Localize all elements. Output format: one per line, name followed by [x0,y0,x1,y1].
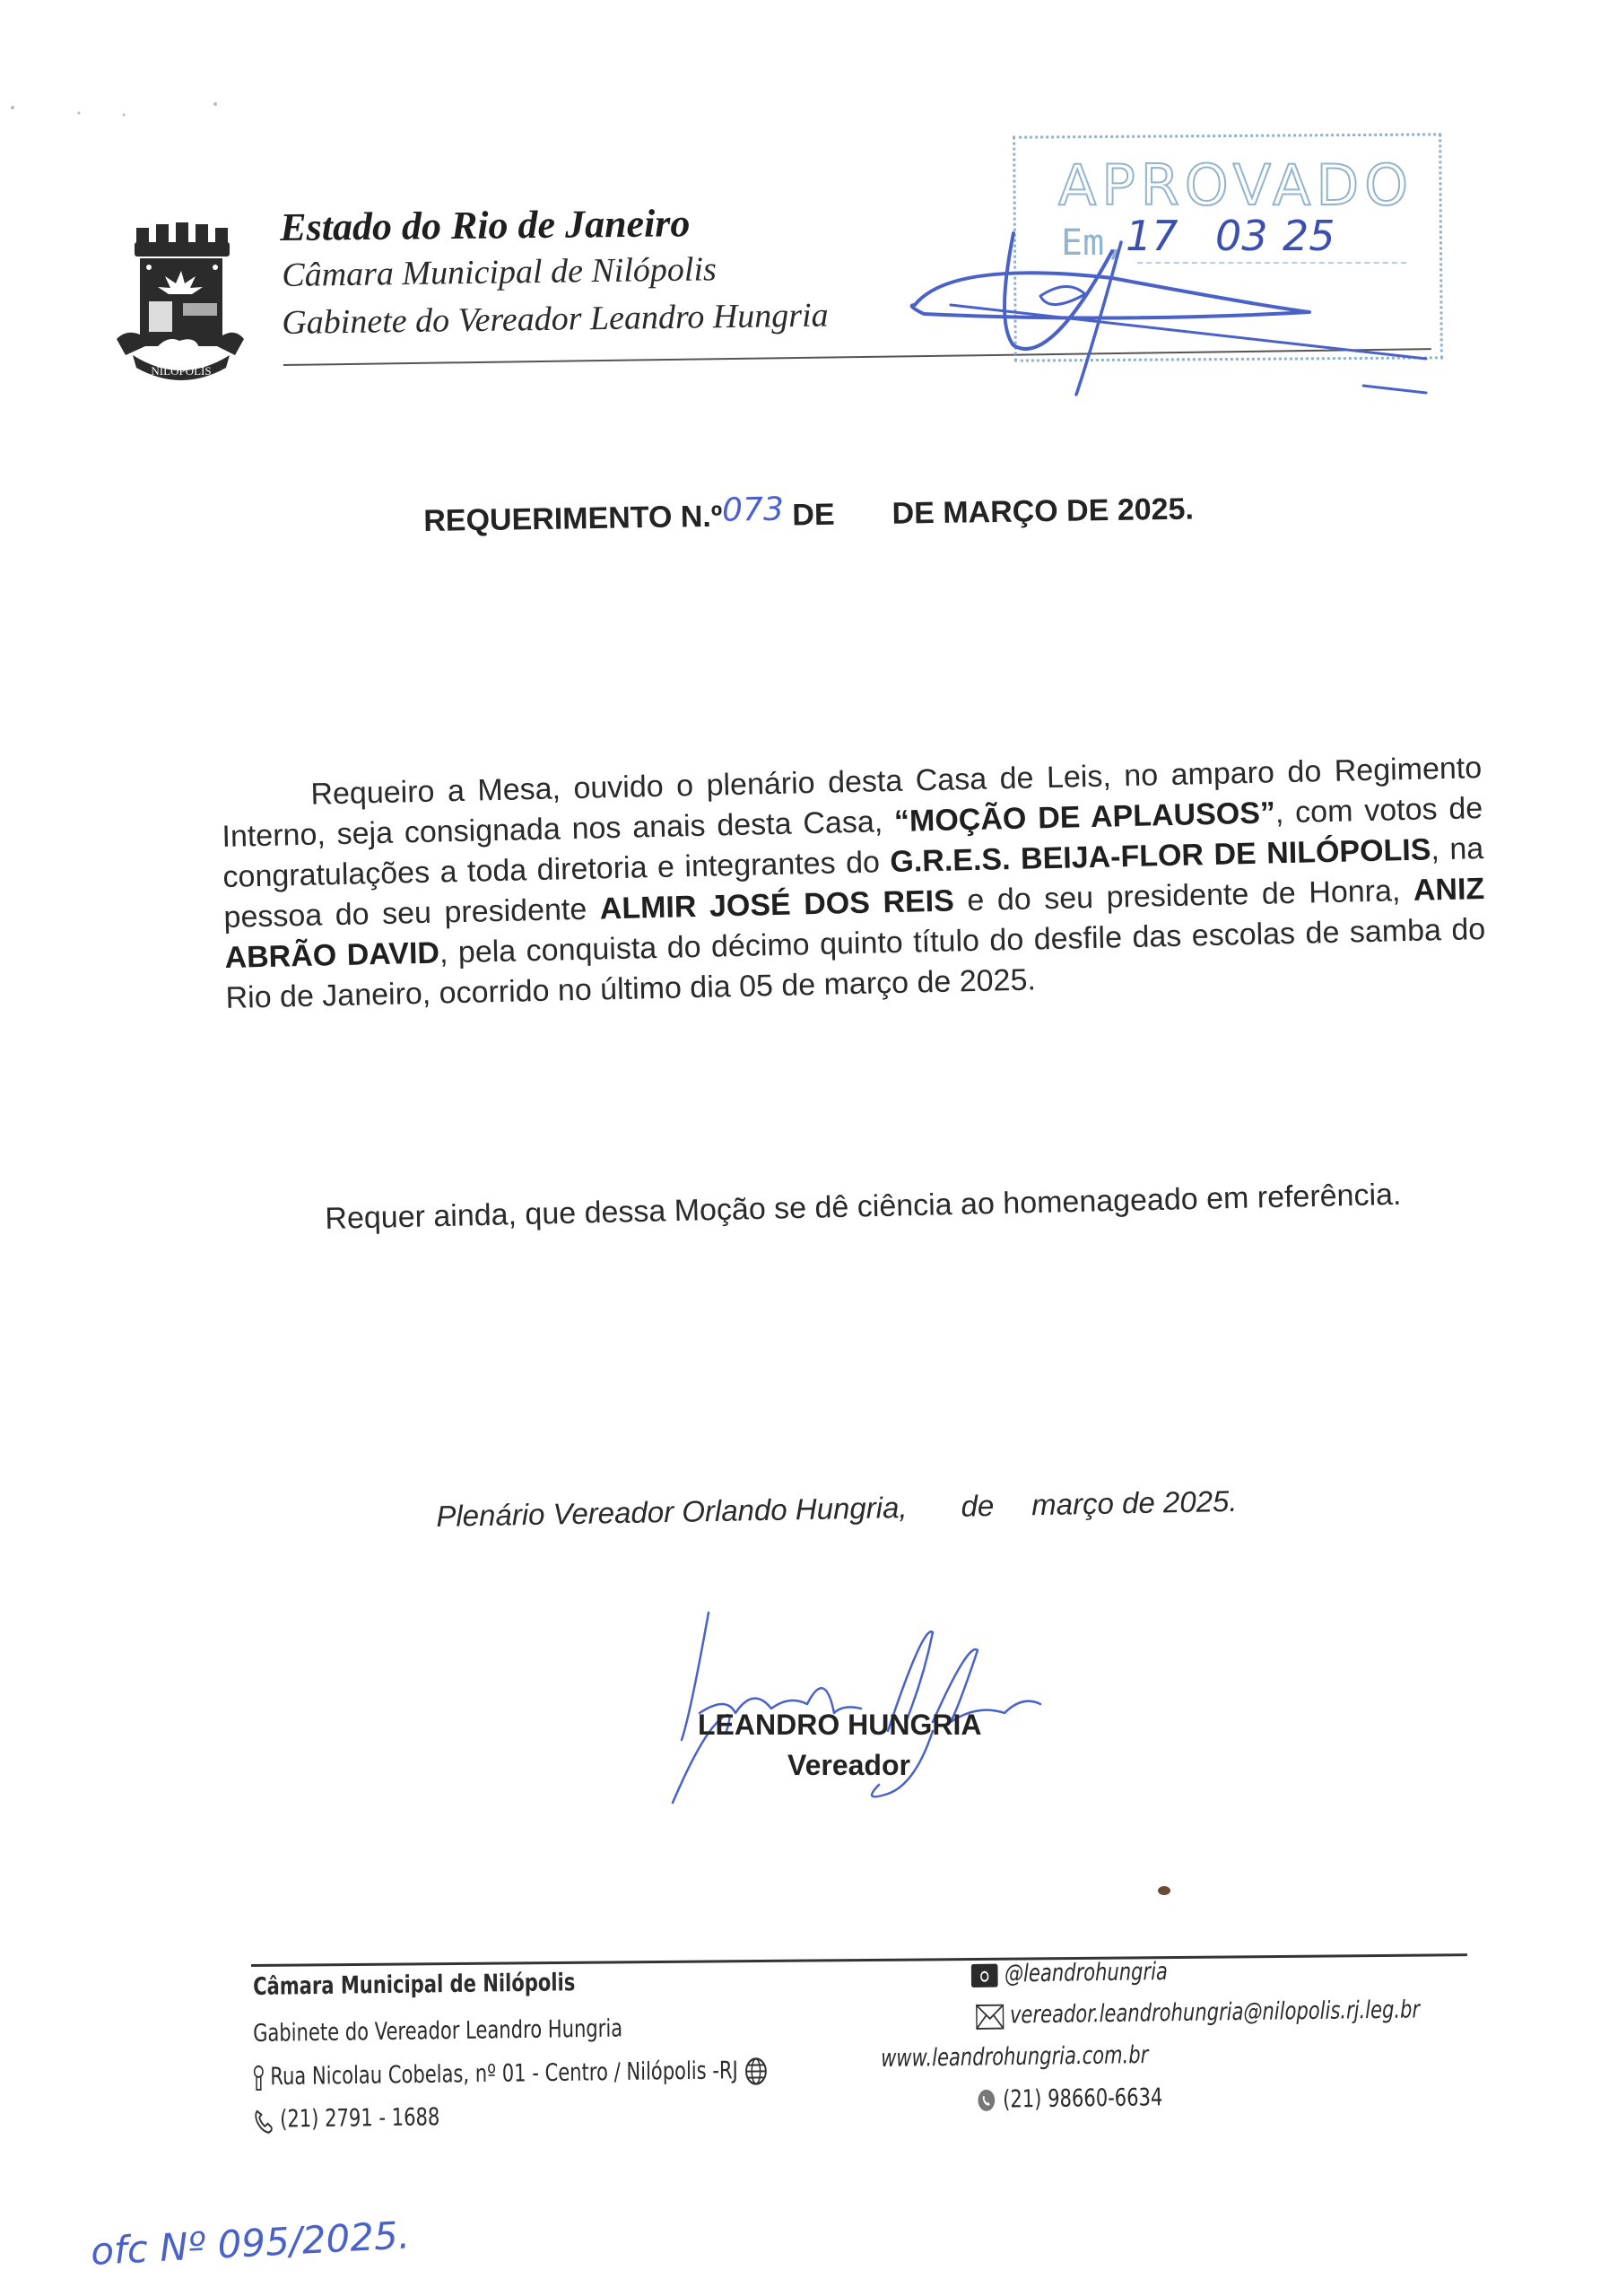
closing-place: Plenário Vereador Orlando Hungria, [436,1491,908,1533]
president-name: ALMIR JOSÉ DOS REIS [599,883,954,926]
signatory-name: LEANDRO HUNGRIA [698,1709,981,1742]
closing-place-date: Plenário Vereador Orlando Hungria,demarç… [436,1484,1238,1534]
footer-chamber: Câmara Municipal de Nilópolis [253,1969,575,2001]
whatsapp-icon [976,2087,997,2114]
footer-divider [251,1953,1467,1967]
globe-icon [744,2056,768,2086]
footer-phone: (21) 2791 - 1688 [253,2103,439,2134]
title-de: DE [792,498,835,533]
header-state: Estado do Rio de Janeiro [280,200,691,250]
footer-website: www.leandrohungria.com.br [881,2041,1148,2073]
city-crest-logo: NILÓPOLIS [109,221,244,382]
location-pin-icon [253,2065,265,2092]
approval-signature [897,188,1453,413]
phone-icon [253,2107,274,2134]
email-envelope-icon [976,2004,1004,2029]
title-prefix: REQUERIMENTO N.º [423,500,722,538]
signatory-role: Vereador [787,1749,910,1782]
motion-type: “MOÇÃO DE APLAUSOS” [894,796,1276,839]
closing-date: março de 2025. [1031,1484,1238,1521]
footer-office: Gabinete do Vereador Leandro Hungria [253,2014,622,2048]
footer-email: vereador.leandrohungria@nilopolis.rj.leg… [976,1996,1420,2030]
header-office: Gabinete do Vereador Leandro Hungria [282,295,829,343]
document-number: 073 [722,491,784,529]
ink-speck [1155,1883,1173,1898]
handwritten-reference-note: ofc Nº 095/2025. [90,2213,411,2274]
body-paragraph-2: Requer ainda, que dessa Moção se dê ciên… [325,1178,1402,1237]
scan-specks [0,90,269,126]
body-paragraph-1: Requeiro a Mesa, ouvido o plenário desta… [221,748,1487,1019]
footer-instagram: @leandrohungria [970,1958,1168,1988]
footer-address: Rua Nicolau Cobelas, nº 01 - Centro / Ni… [253,2056,768,2093]
instagram-camera-icon [970,1962,998,1987]
document-title: REQUERIMENTO N.º073 DEDE MARÇO DE 2025. [423,491,1194,539]
svg-text:NILÓPOLIS: NILÓPOLIS [151,364,211,378]
footer-whatsapp: (21) 98660-6634 [976,2083,1162,2114]
header-chamber: Câmara Municipal de Nilópolis [282,249,717,295]
honored-school: G.R.E.S. BEIJA-FLOR DE NILÓPOLIS [890,832,1431,879]
title-suffix: DE MARÇO DE 2025. [891,492,1194,531]
